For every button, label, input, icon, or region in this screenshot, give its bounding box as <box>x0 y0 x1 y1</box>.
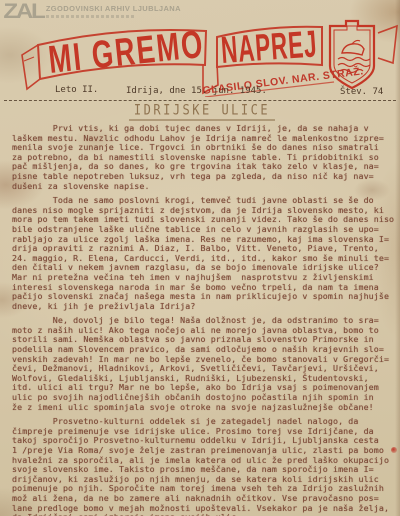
paragraph: Ne, dovolj je bilo tega! Naša dolžnost j… <box>12 316 392 412</box>
text-line: dušeni za slovenske napise. <box>12 182 392 192</box>
newspaper-page: ZAL ZGODOVINSKI ARHIV LJUBLJANA <box>0 0 400 516</box>
archive-name: ZGODOVINSKI ARHIV LJUBLJANA <box>46 4 181 13</box>
text-line: že z imeni ulic spominjala svoje otroke … <box>12 403 392 413</box>
text-line: dneve, ki jih je preživljala Idrija? <box>12 302 392 312</box>
volume-label: Leto II. <box>55 85 98 95</box>
article: IDRIJSKE ULICE Prvi vtis, ki ga dobi tuj… <box>12 103 392 516</box>
issue-number: Štev. 74 <box>340 87 383 97</box>
paragraph: Prosvetno-kulturni oddelek si je zategad… <box>12 417 392 516</box>
page-edge-shadow <box>395 0 400 516</box>
masthead-title-part1: MI GREMO <box>46 21 206 81</box>
paragraph: Prvi vtis, ki ga dobi tujec danes v Idri… <box>12 124 392 191</box>
masthead-title-part2: NAPREJ <box>220 22 319 72</box>
date-line: Idrija, dne 15. jun. 1945. <box>126 86 267 96</box>
paragraph: Toda ne samo poslovni krogi, temveč tudi… <box>12 196 392 311</box>
article-title: IDRIJSKE ULICE <box>129 101 275 120</box>
